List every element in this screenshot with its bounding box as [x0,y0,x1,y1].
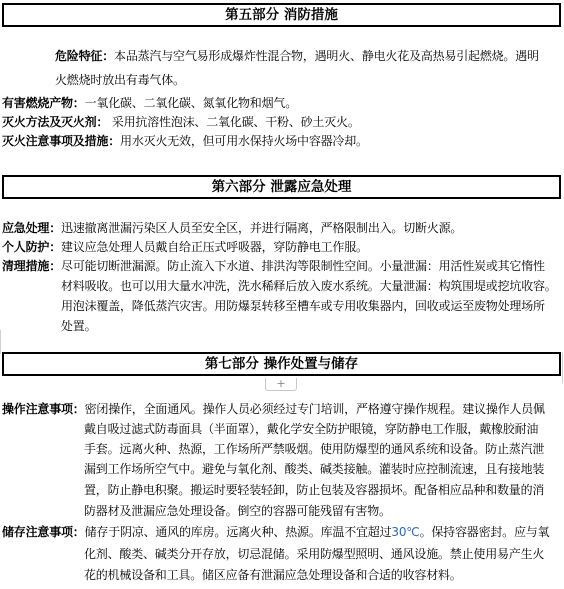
storage-line2: 化剂、酸类、碱类分开存放，切忌混储。采用防爆型照明、通风设施。禁止使用易产生火 [84,545,544,563]
handling-line5: 置，防止静电积聚。搬运时要轻装轻卸，防止包装及容器损坏。配备相应品种和数量的消 [84,481,544,499]
storage-line3: 花的机械设备和工具。储区应备有泄漏应急处理设备和合适的收容材料。 [84,566,462,584]
cleanup-line4: 处置。 [61,317,96,335]
emergency-response: 应急处理：迅速撤离泄漏污染区人员至安全区，并进行隔离，严格限制出入。切断火源。 [2,219,462,237]
text-storage-line1a: 储存于阴凉、通风的库房。远离火种、热源。库温不宜超过 [85,525,392,539]
storage-temperature: 30℃ [391,525,419,539]
section-5-header: 第五部分 消防措施 [2,3,561,27]
selection-frame-edge-right [562,353,563,383]
section-6-header: 第六部分 泄露应急处理 [2,175,561,199]
label-cleanup: 清理措施： [2,259,61,273]
extinguishing-method: 灭火方法及灭火剂： 采用抗溶性泡沫、二氧化碳、干粉、砂土灭火。 [2,113,360,131]
label-extinguishing: 灭火方法及灭火剂： [2,115,108,129]
hazard-characteristics: 危险特征：本品蒸汽与空气易形成爆炸性混合物，遇明火、静电火花及高热易引起燃烧。遇… [55,47,539,65]
storage-precautions: 储存注意事项：储存于阴凉、通风的库房。远离火种、热源。库温不宜超过30℃。保持容… [2,523,549,541]
label-protection: 个人防护： [2,240,61,254]
add-block-button[interactable]: + [265,378,297,391]
text-emergency: 迅速撤离泄漏污染区人员至安全区，并进行隔离，严格限制出入。切断火源。 [61,221,462,235]
text-cleanup-line1: 尽可能切断泄漏源。防止流入下水道、排洪沟等限制性空间。小量泄漏：用活性炭或其它惰… [61,259,545,273]
cleanup-line3: 用泡沫覆盖，降低蒸汽灾害。用防爆泵转移至槽车或专用收集器内，回收或运至废物处理场… [61,297,545,315]
text-extinguishing: 采用抗溶性泡沫、二氧化碳、干粉、砂土灭火。 [108,115,359,129]
firefighting-precautions: 灭火注意事项及措施：用水灭火无效，但可用水保持火场中容器冷却。 [2,132,368,150]
cleanup-line2: 材料吸收。也可以用大量水冲洗，洗水稀释后放入废水系统。大量泄漏：构筑围堤或挖坑收… [61,277,557,295]
section-7-header: 第七部分 操作处置与储存 [2,352,561,376]
text-storage-line1b: 。保持容器密封。应与氧 [420,525,550,539]
label-combustion: 有害燃烧产物： [2,96,85,110]
label-handling: 操作注意事项： [2,402,85,416]
text-handling-line1: 密闭操作，全面通风。操作人员必须经过专门培训，严格遵守操作规程。建议操作人员佩 [85,402,545,416]
handling-line2: 戴自吸过滤式防毒面具（半面罩），戴化学安全防护眼镜，穿防静电工作服，戴橡胶耐油 [84,420,538,438]
text-protection: 建议应急处理人员戴自给正压式呼吸器，穿防静电工作服。 [61,240,368,254]
text-firefighting: 用水灭火无效，但可用水保持火场中容器冷却。 [120,134,368,148]
text-hazard-line1: 本品蒸汽与空气易形成爆炸性混合物，遇明火、静电火花及高热易引起燃烧。遇明 [114,49,539,63]
hazard-line2: 火燃烧时放出有毒气体。 [55,71,185,89]
label-firefighting: 灭火注意事项及措施： [2,134,120,148]
label-storage: 储存注意事项： [2,525,85,539]
handling-line4: 漏到工作场所空气中。避免与氧化剂、酸类、碱类接触。灌装时应控制流速，且有接地装 [84,460,544,478]
label-emergency: 应急处理： [2,221,61,235]
combustion-products: 有害燃烧产物：一氧化碳、二氧化碳、氮氧化物和烟气。 [2,94,297,112]
text-combustion: 一氧化碳、二氧化碳、氮氧化物和烟气。 [85,96,297,110]
selection-frame-edge [0,330,1,354]
label-hazard: 危险特征： [55,49,114,63]
cleanup-measures: 清理措施：尽可能切断泄漏源。防止流入下水道、排洪沟等限制性空间。小量泄漏：用活性… [2,257,545,275]
personal-protection: 个人防护：建议应急处理人员戴自给正压式呼吸器，穿防静电工作服。 [2,238,368,256]
handling-precautions: 操作注意事项：密闭操作，全面通风。操作人员必须经过专门培训，严格遵守操作规程。建… [2,400,545,418]
handling-line6: 防器材及泄漏应急处理设备。倒空的容器可能残留有害物。 [84,502,391,520]
handling-line3: 手套。远离火种、热源，工作场所严禁吸烟。使用防爆型的通风系统和设备。防止蒸汽泄 [84,440,544,458]
